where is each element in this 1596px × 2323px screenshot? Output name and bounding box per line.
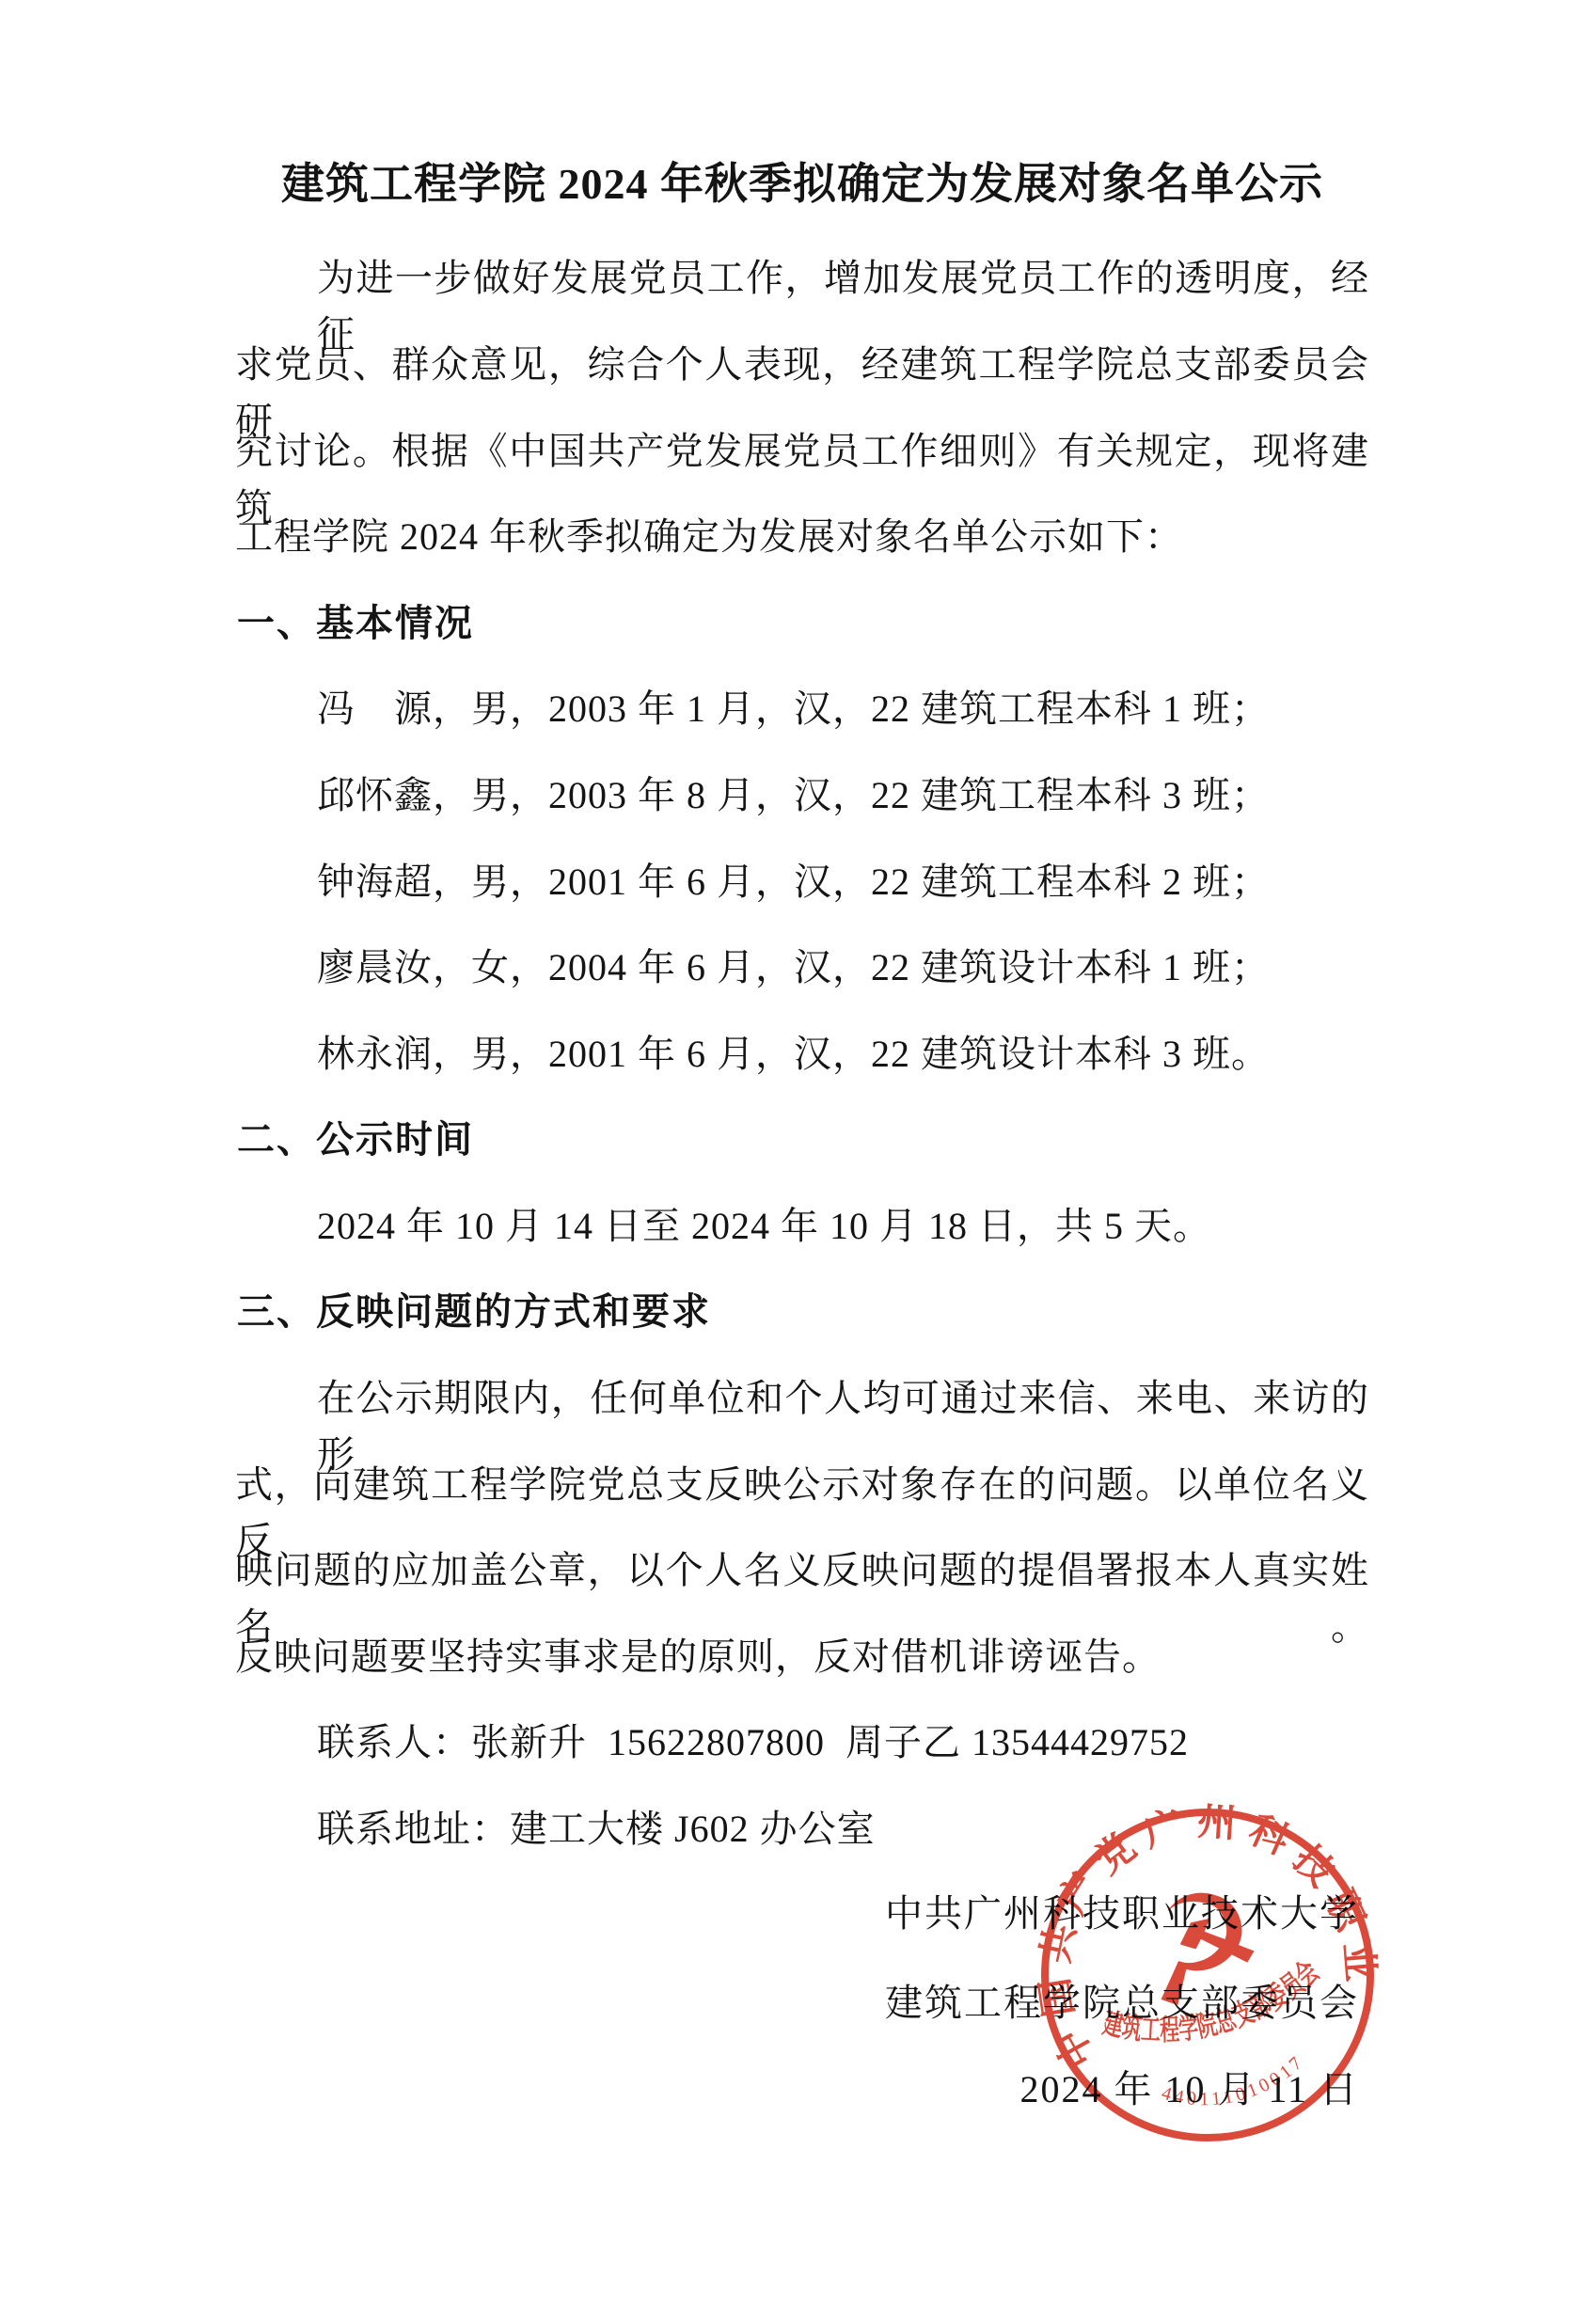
section3-heading: 三、反映问题的方式和要求 <box>237 1284 711 1340</box>
document-title: 建筑工程学院 2024 年秋季拟确定为发展对象名单公示 <box>235 154 1369 214</box>
section1-heading: 一、基本情况 <box>237 595 474 652</box>
scanned-notice-page: 建筑工程学院 2024 年秋季拟确定为发展对象名单公示 为进一步做好发展党员工作… <box>0 0 1596 2323</box>
signature-org-line-1: 中共广州科技职业技术大学 <box>701 1886 1359 1942</box>
contact-address-line: 联系地址：建工大楼 J602 办公室 <box>317 1801 1369 1857</box>
contact-person-line: 联系人：张新升 15622807800 周子乙 13544429752 <box>317 1715 1369 1771</box>
candidate-row-5: 林永润，男，2001 年 6 月，汉，22 建筑设计本科 3 班。 <box>317 1026 1369 1082</box>
signature-date-line: 2024 年 10 月 11 日 <box>701 2062 1359 2118</box>
section2-heading: 二、公示时间 <box>237 1112 474 1168</box>
section3-line-4: 反映问题要坚持实事求是的原则，反对借机诽谤诬告。 <box>235 1629 1369 1685</box>
candidate-row-3: 钟海超，男，2001 年 6 月，汉，22 建筑工程本科 2 班； <box>317 854 1369 910</box>
section2-body: 2024 年 10 月 14 日至 2024 年 10 月 18 日，共 5 天… <box>317 1198 1369 1255</box>
candidate-row-1: 冯 源，男，2003 年 1 月，汉，22 建筑工程本科 1 班； <box>317 681 1369 737</box>
intro-line-4: 工程学院 2024 年秋季拟确定为发展对象名单公示如下： <box>235 509 1369 565</box>
candidate-row-2: 邱怀鑫，男，2003 年 8 月，汉，22 建筑工程本科 3 班； <box>317 767 1369 824</box>
signature-org-line-2: 建筑工程学院总支部委员会 <box>701 1975 1359 2031</box>
candidate-row-4: 廖晨汝，女，2004 年 6 月，汉，22 建筑设计本科 1 班； <box>317 940 1369 996</box>
